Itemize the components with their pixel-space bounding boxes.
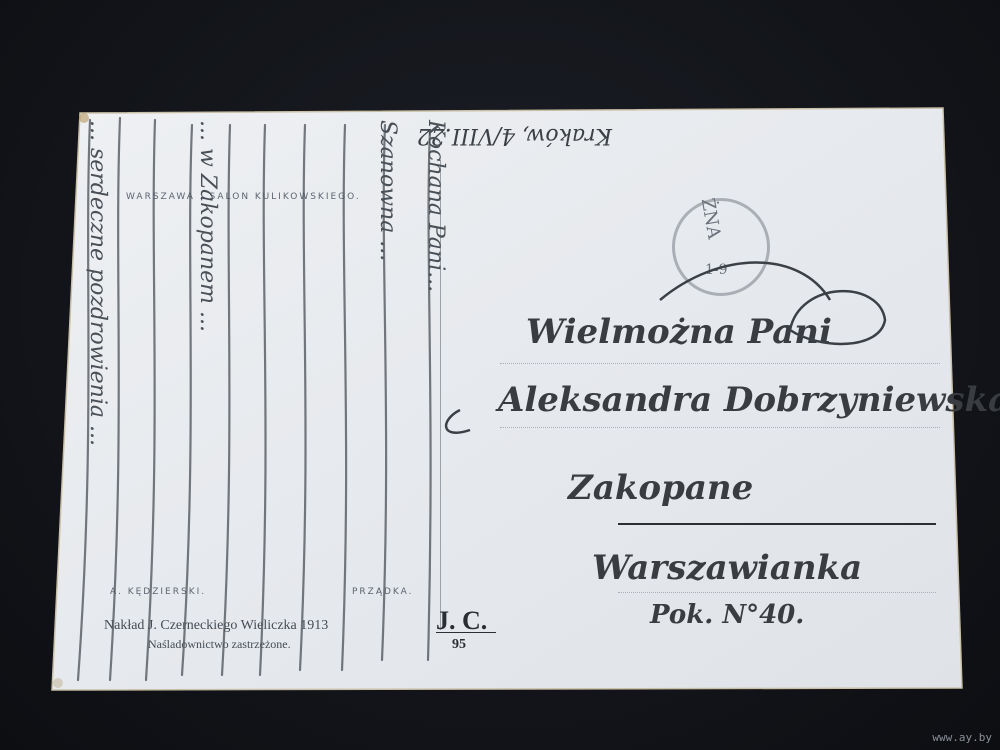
postcard: WARSZAWA . SALON KULIKOWSKIEGO. A. KĘDZI… xyxy=(0,0,1000,750)
handwriting-strokes xyxy=(0,0,1000,750)
watermark: www.ay.by xyxy=(932,731,992,744)
